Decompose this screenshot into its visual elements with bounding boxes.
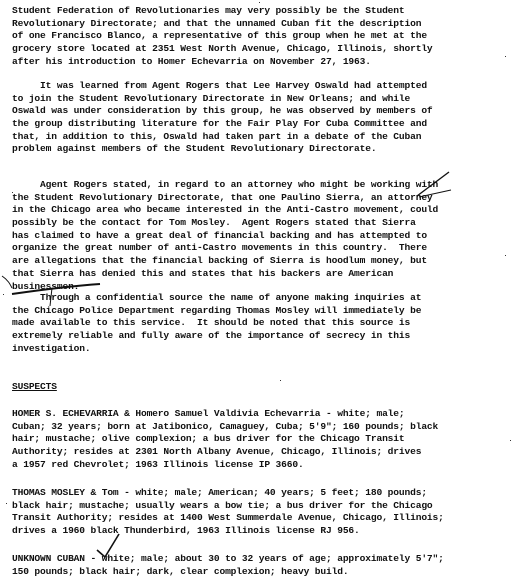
text-line: grocery store located at 2351 West North… [12,43,512,56]
text-line: Authority; resides at 2301 North Albany … [12,446,512,459]
text-line: Revolutionary Directorate; and that the … [12,18,512,31]
paragraph-confidential-source: Through a confidential source the name o… [12,292,512,355]
suspect-entry-mosley: THOMAS MOSLEY & Tom - white; male; Ameri… [12,487,512,538]
text-line: to join the Student Revolutionary Direct… [12,93,512,106]
text-line: that Sierra has denied this and states t… [12,268,512,281]
text-line: made available to this service. It shoul… [12,317,512,330]
text-line: possibly be the contact for Tom Mosley. … [12,217,512,230]
text-line: 150 pounds; black hair; dark, clear comp… [12,566,512,579]
paragraph-sierra-attorney: Agent Rogers stated, in regard to an att… [12,179,512,293]
text-line: in the Chicago area who became intereste… [12,204,512,217]
text-line: extremely reliable and fully aware of th… [12,330,512,343]
text-line: are allegations that the financial backi… [12,255,512,268]
text-line: hair; mustache; olive complexion; a bus … [12,433,512,446]
text-line: black hair; mustache; usually wears a bo… [12,500,512,513]
text-line: after his introduction to Homer Echevarr… [12,56,512,69]
text-line: Transit Authority; resides at 1400 West … [12,512,512,525]
text-line: a 1957 red Chevrolet; 1963 Illinois lice… [12,459,512,472]
text-line: the Student Revolutionary Directorate, t… [12,192,512,205]
text-line: Oswald was under consideration by this g… [12,105,512,118]
section-heading-suspects: SUSPECTS [12,381,57,392]
text-line: the group distributing literature for th… [12,118,512,131]
text-line: Student Federation of Revolutionaries ma… [12,5,512,18]
text-line: organize the great number of anti-Castro… [12,242,512,255]
suspect-entry-unknown-cuban: UNKNOWN CUBAN - white; male; about 30 to… [12,553,512,578]
text-line: HOMER S. ECHEVARRIA & Homero Samuel Vald… [12,408,512,421]
text-line: investigation. [12,343,512,356]
text-line: that, in addition to this, Oswald had ta… [12,131,512,144]
text-line: of one Francisco Blanco, a representativ… [12,30,512,43]
paragraph-oswald-directorate: It was learned from Agent Rogers that Le… [12,80,512,156]
text-line: UNKNOWN CUBAN - white; male; about 30 to… [12,553,512,566]
text-line: It was learned from Agent Rogers that Le… [12,80,512,93]
document-page: Student Federation of Revolutionaries ma… [0,0,518,584]
text-line: problem against members of the Student R… [12,143,512,156]
suspect-entry-echevarria: HOMER S. ECHEVARRIA & Homero Samuel Vald… [12,408,512,471]
text-line: has claimed to have a great deal of fina… [12,230,512,243]
text-line: THOMAS MOSLEY & Tom - white; male; Ameri… [12,487,512,500]
paragraph-student-federation: Student Federation of Revolutionaries ma… [12,5,512,68]
text-line: the Chicago Police Department regarding … [12,305,512,318]
text-line: Cuban; 32 years; born at Jatibonico, Cam… [12,421,512,434]
text-line: Through a confidential source the name o… [12,292,512,305]
text-line: drives a 1960 black Thunderbird, 1963 Il… [12,525,512,538]
text-line: Agent Rogers stated, in regard to an att… [12,179,512,192]
